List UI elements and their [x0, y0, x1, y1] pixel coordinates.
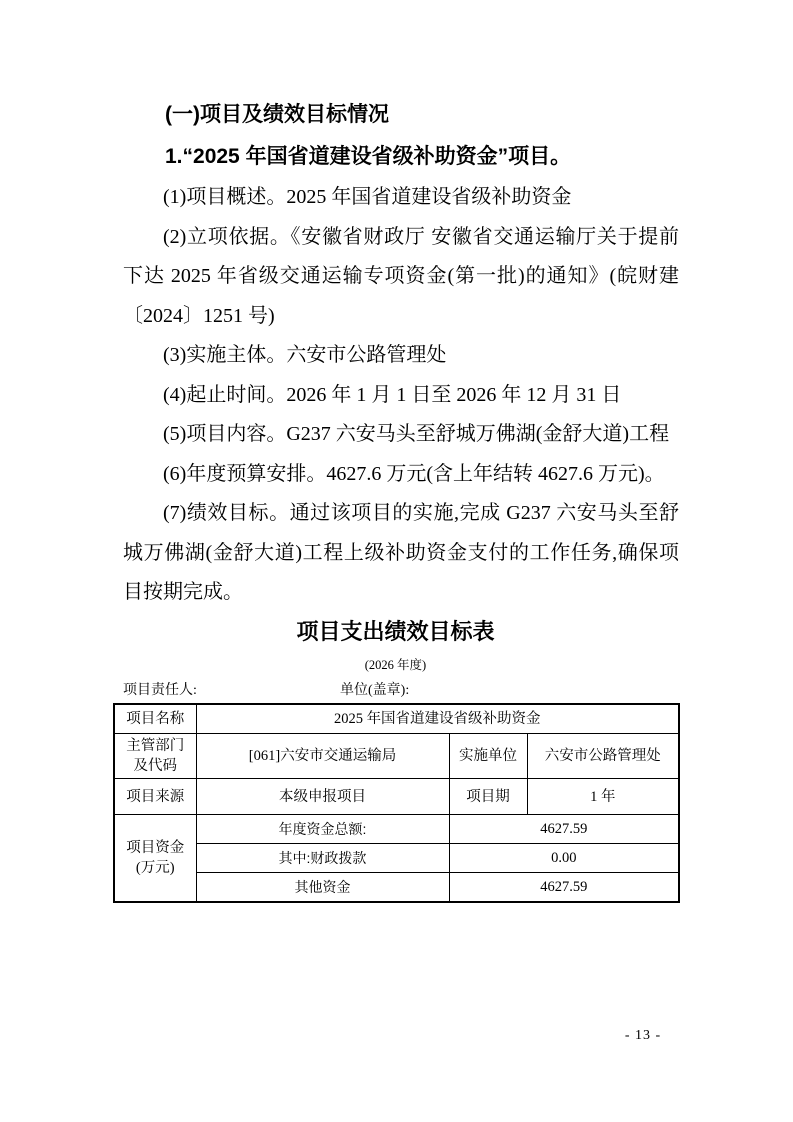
table-row: 其他资金 4627.59 [114, 873, 679, 902]
table-row: 项目资金 (万元) 年度资金总额: 4627.59 [114, 815, 679, 844]
funds-other-value: 4627.59 [449, 873, 679, 902]
period-label: 项目期 [449, 779, 527, 815]
source-value: 本级申报项目 [196, 779, 449, 815]
impl-unit-label: 实施单位 [449, 734, 527, 779]
unit-seal-label: 单位(盖章): [340, 679, 409, 703]
table-row: 主管部门 及代码 [061]六安市交通运输局 实施单位 六安市公路管理处 [114, 734, 679, 779]
funds-other-label: 其他资金 [196, 873, 449, 902]
page-content: (一)项目及绩效目标情况 1.“2025 年国省道建设省级补助资金”项目。 (1… [123, 94, 679, 903]
target-table-block: 项目支出绩效目标表 (2026 年度) 项目责任人: 单位(盖章): 项目名称 … [113, 617, 678, 903]
funds-total-value: 4627.59 [449, 815, 679, 844]
funds-total-label: 年度资金总额: [196, 815, 449, 844]
paragraph-project-overview: (1)项目概述。2025 年国省道建设省级补助资金 [123, 178, 679, 218]
project-name-value: 2025 年国省道建设省级补助资金 [196, 704, 679, 734]
item-heading: 1.“2025 年国省道建设省级补助资金”项目。 [123, 136, 679, 178]
department-value: [061]六安市交通运输局 [196, 734, 449, 779]
document-page: (一)项目及绩效目标情况 1.“2025 年国省道建设省级补助资金”项目。 (1… [0, 0, 793, 1122]
funds-label: 项目资金 (万元) [114, 815, 196, 902]
period-value: 1 年 [527, 779, 679, 815]
paragraph-annual-budget: (6)年度预算安排。4627.6 万元(含上年结转 4627.6 万元)。 [123, 455, 679, 495]
table-row: 项目来源 本级申报项目 项目期 1 年 [114, 779, 679, 815]
funds-fiscal-value: 0.00 [449, 844, 679, 873]
paragraph-legal-basis: (2)立项依据。《安徽省财政厅 安徽省交通运输厅关于提前下达 2025 年省级交… [123, 218, 679, 337]
performance-target-table: 项目名称 2025 年国省道建设省级补助资金 主管部门 及代码 [061]六安市… [113, 703, 680, 903]
table-subtitle: (2026 年度) [113, 655, 678, 675]
paragraph-project-content: (5)项目内容。G237 六安马头至舒城万佛湖(金舒大道)工程 [123, 415, 679, 455]
source-label: 项目来源 [114, 779, 196, 815]
impl-unit-value: 六安市公路管理处 [527, 734, 679, 779]
responsible-person-label: 项目责任人: [123, 683, 197, 698]
paragraph-implementing-body: (3)实施主体。六安市公路管理处 [123, 336, 679, 376]
paragraph-performance-target: (7)绩效目标。通过该项目的实施,完成 G237 六安马头至舒城万佛湖(金舒大道… [123, 494, 679, 613]
signer-row: 项目责任人: 单位(盖章): [113, 679, 678, 703]
table-row: 其中:财政拨款 0.00 [114, 844, 679, 873]
project-name-label: 项目名称 [114, 704, 196, 734]
table-title: 项目支出绩效目标表 [113, 617, 678, 647]
funds-fiscal-label: 其中:财政拨款 [196, 844, 449, 873]
section-heading: (一)项目及绩效目标情况 [123, 94, 679, 136]
department-label: 主管部门 及代码 [114, 734, 196, 779]
paragraph-time-span: (4)起止时间。2026 年 1 月 1 日至 2026 年 12 月 31 日 [123, 376, 679, 416]
page-number: - 13 - [610, 1026, 676, 1046]
table-row: 项目名称 2025 年国省道建设省级补助资金 [114, 704, 679, 734]
